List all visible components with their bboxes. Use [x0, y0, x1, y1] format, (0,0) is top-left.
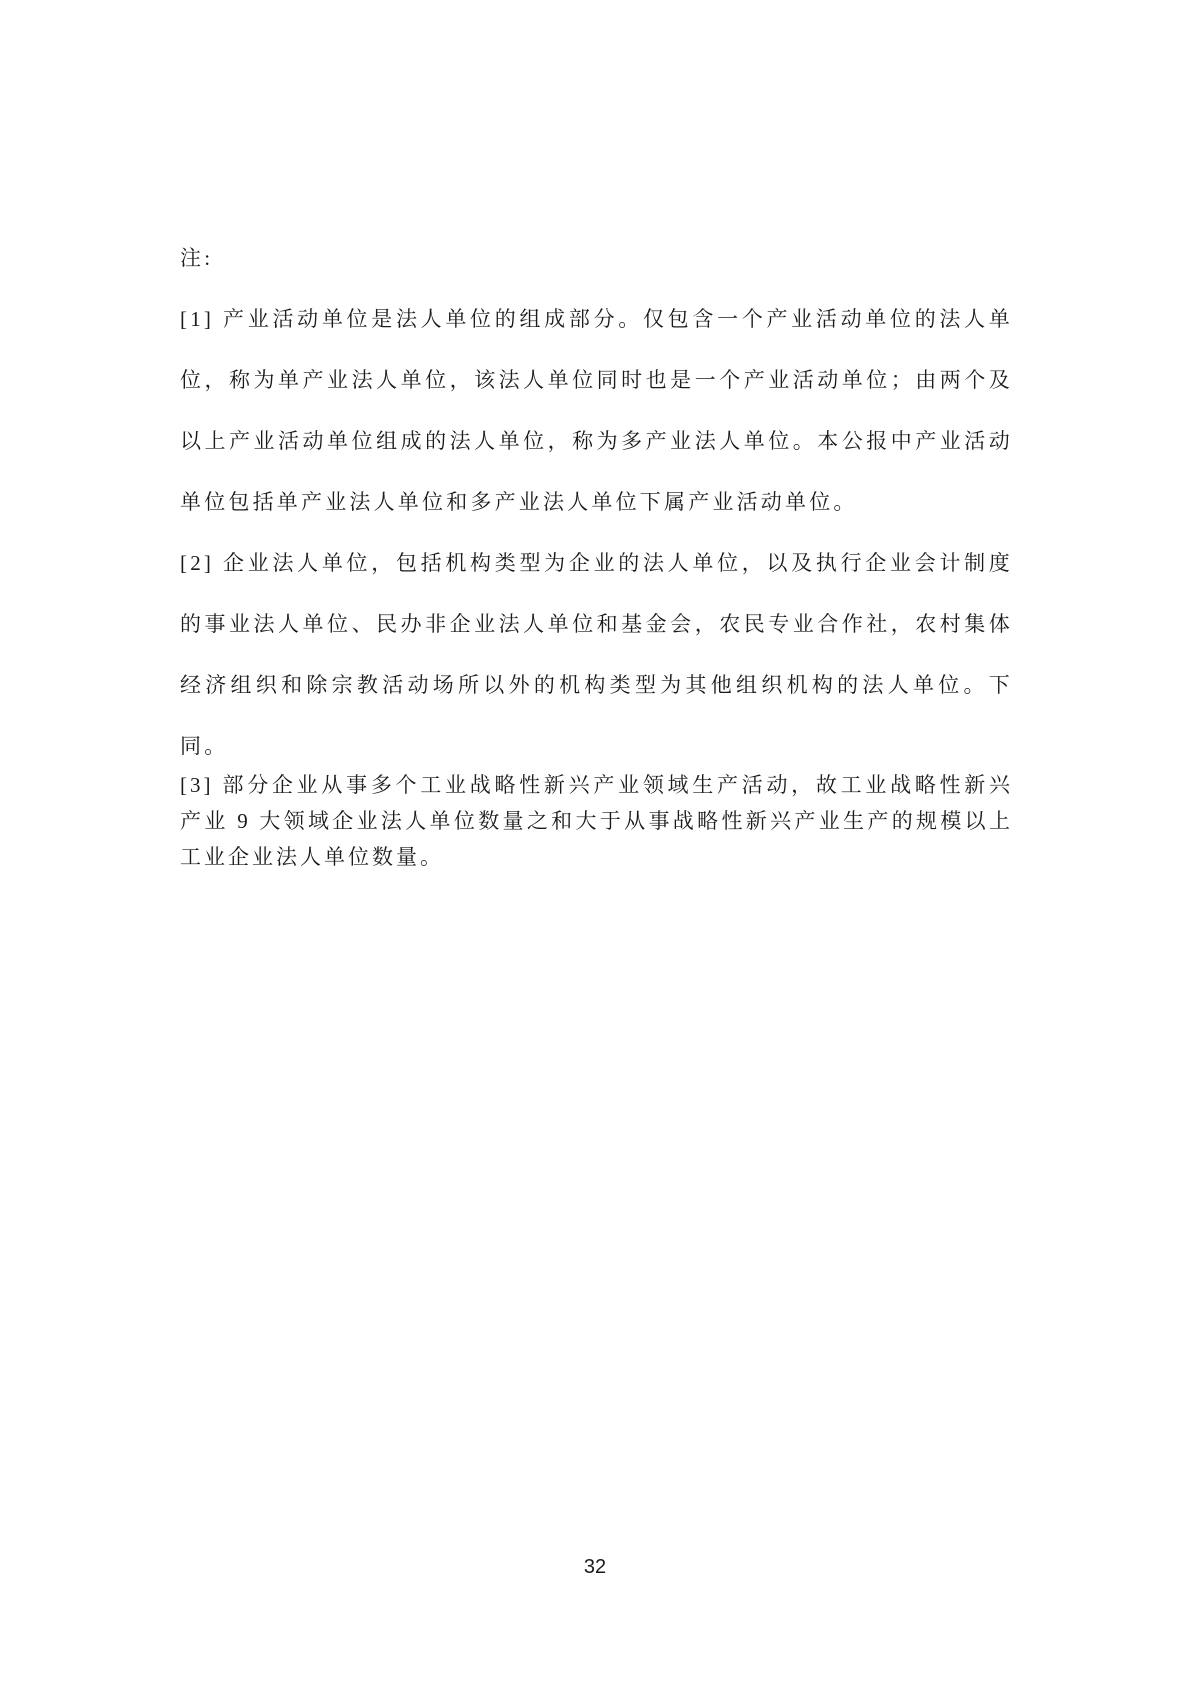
note-item-2: [2] 企业法人单位，包括机构类型为企业的法人单位，以及执行企业会计制度的事业法…: [180, 533, 1013, 777]
notes-label: 注:: [180, 228, 1013, 289]
notes-section: 注: [1] 产业活动单位是法人单位的组成部分。仅包含一个产业活动单位的法人单位…: [180, 228, 1013, 875]
page-number: 32: [0, 1556, 1190, 1579]
note-item-3: [3] 部分企业从事多个工业战略性新兴产业领域生产活动，故工业战略性新兴产业 9…: [180, 767, 1013, 875]
note-item-1: [1] 产业活动单位是法人单位的组成部分。仅包含一个产业活动单位的法人单位，称为…: [180, 289, 1013, 533]
notes-loose-block: 注: [1] 产业活动单位是法人单位的组成部分。仅包含一个产业活动单位的法人单位…: [180, 228, 1013, 777]
document-page: 注: [1] 产业活动单位是法人单位的组成部分。仅包含一个产业活动单位的法人单位…: [0, 0, 1190, 1683]
notes-tight-block: [3] 部分企业从事多个工业战略性新兴产业领域生产活动，故工业战略性新兴产业 9…: [180, 767, 1013, 875]
